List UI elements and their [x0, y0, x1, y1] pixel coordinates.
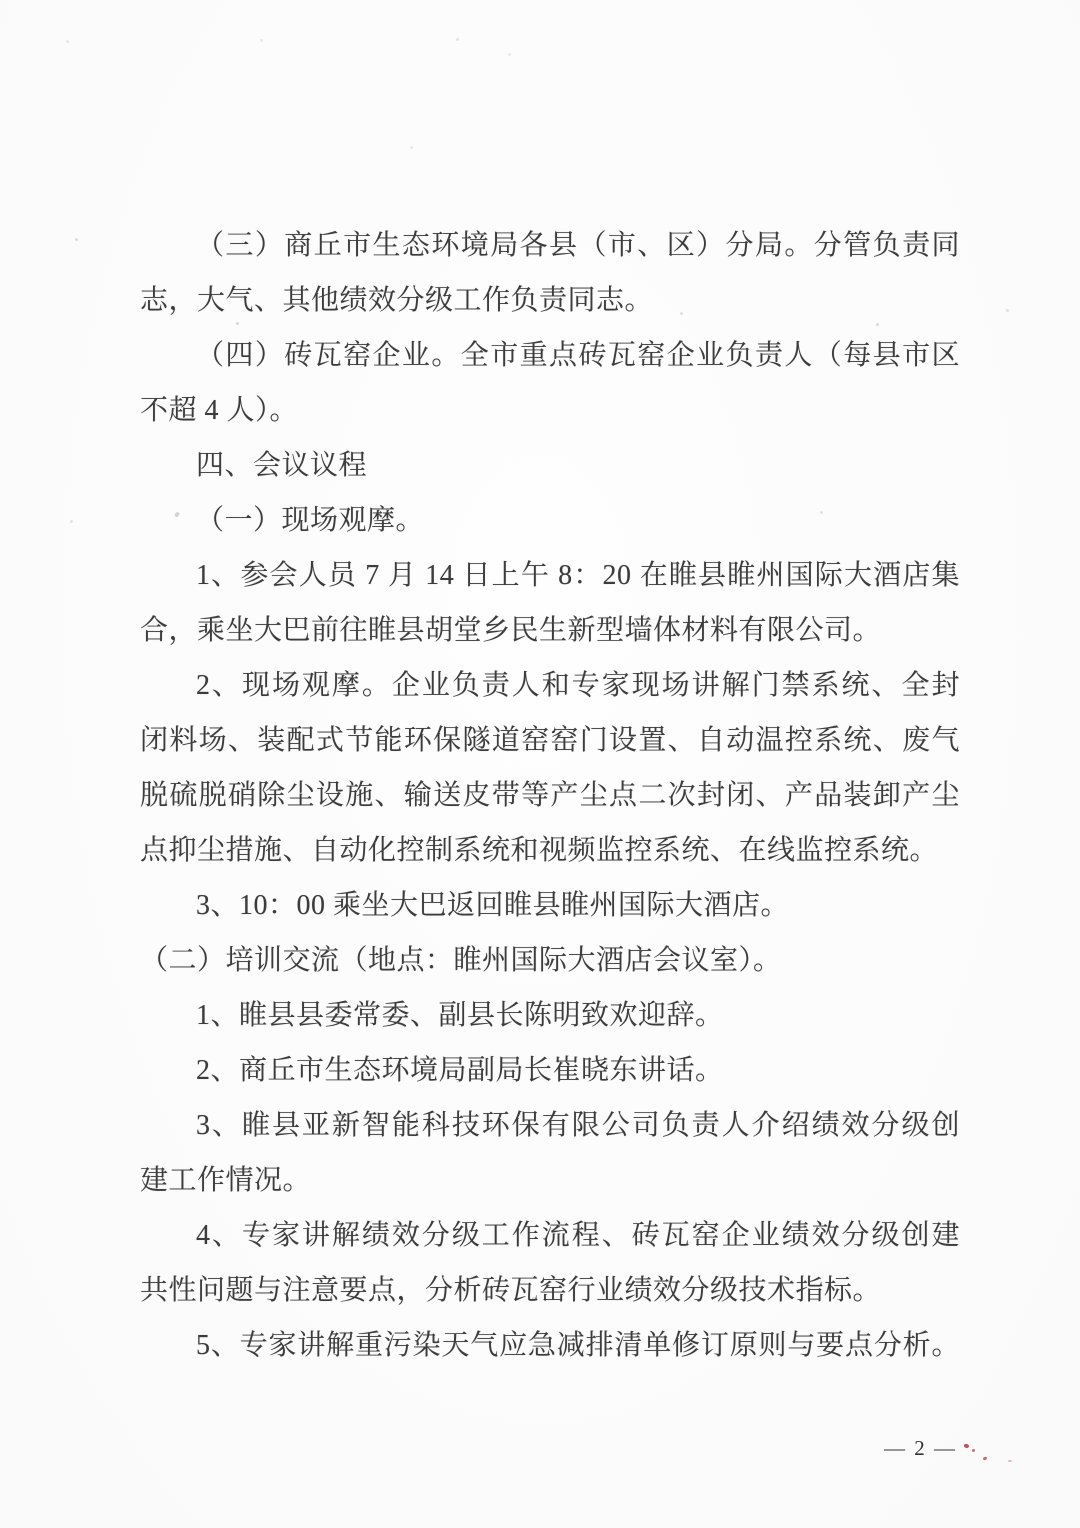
- document-line: （三）商丘市生态环境局各县（市、区）分局。分管负责同: [140, 218, 960, 273]
- document-line: 建工作情况。: [140, 1153, 960, 1208]
- document-line: 闭料场、装配式节能环保隧道窑窑门设置、自动温控系统、废气: [140, 713, 960, 768]
- page-number: — 2 —: [884, 1436, 957, 1461]
- document-line: 5、专家讲解重污染天气应急减排清单修订原则与要点分析。: [140, 1318, 960, 1373]
- document-line: 1、参会人员 7 月 14 日上午 8：20 在睢县睢州国际大酒店集: [140, 548, 960, 603]
- document-line: 志，大气、其他绩效分级工作负责同志。: [140, 273, 960, 328]
- document-line: 不超 4 人）。: [140, 383, 960, 438]
- document-line: 点抑尘措施、自动化控制系统和视频监控系统、在线监控系统。: [140, 823, 960, 878]
- document-line: （四）砖瓦窑企业。全市重点砖瓦窑企业负责人（每县市区: [140, 328, 960, 383]
- document-line: 3、睢县亚新智能科技环保有限公司负责人介绍绩效分级创: [140, 1098, 960, 1153]
- ink-speck: [983, 1456, 988, 1460]
- scan-speck: [410, 146, 413, 149]
- document-line: 脱硫脱硝除尘设施、输送皮带等产尘点二次封闭、产品装卸产尘: [140, 768, 960, 823]
- document-line: （一）现场观摩。: [140, 493, 960, 548]
- document-line: 2、商丘市生态环境局副局长崔晓东讲话。: [140, 1043, 960, 1098]
- document-line: 合，乘坐大巴前往睢县胡堂乡民生新型墙体材料有限公司。: [140, 603, 960, 658]
- scan-speck: [260, 39, 263, 42]
- document-line: 1、睢县县委常委、副县长陈明致欢迎辞。: [140, 988, 960, 1043]
- scan-speck: [1006, 309, 1009, 312]
- scan-speck: [70, 520, 73, 523]
- document-line: 2、现场观摩。企业负责人和专家现场讲解门禁系统、全封: [140, 658, 960, 713]
- scan-speck: [66, 40, 69, 43]
- scan-speck: [456, 38, 459, 41]
- document-line: 四、会议议程: [140, 438, 960, 493]
- document-line: 4、专家讲解绩效分级工作流程、砖瓦窑企业绩效分级创建: [140, 1208, 960, 1263]
- ink-speck: [963, 1443, 969, 1449]
- scanned-document-page: （三）商丘市生态环境局各县（市、区）分局。分管负责同志，大气、其他绩效分级工作负…: [0, 0, 1080, 1528]
- document-line: （二）培训交流（地点：睢州国际大酒店会议室）。: [140, 933, 960, 988]
- scan-speck: [508, 53, 511, 56]
- document-body: （三）商丘市生态环境局各县（市、区）分局。分管负责同志，大气、其他绩效分级工作负…: [140, 218, 960, 1373]
- document-line: 共性问题与注意要点，分析砖瓦窑行业绩效分级技术指标。: [140, 1263, 960, 1318]
- scan-speck: [75, 238, 78, 241]
- document-line: 3、10：00 乘坐大巴返回睢县睢州国际大酒店。: [140, 878, 960, 933]
- ink-speck: [972, 1449, 975, 1452]
- ink-speck: [1008, 1460, 1012, 1462]
